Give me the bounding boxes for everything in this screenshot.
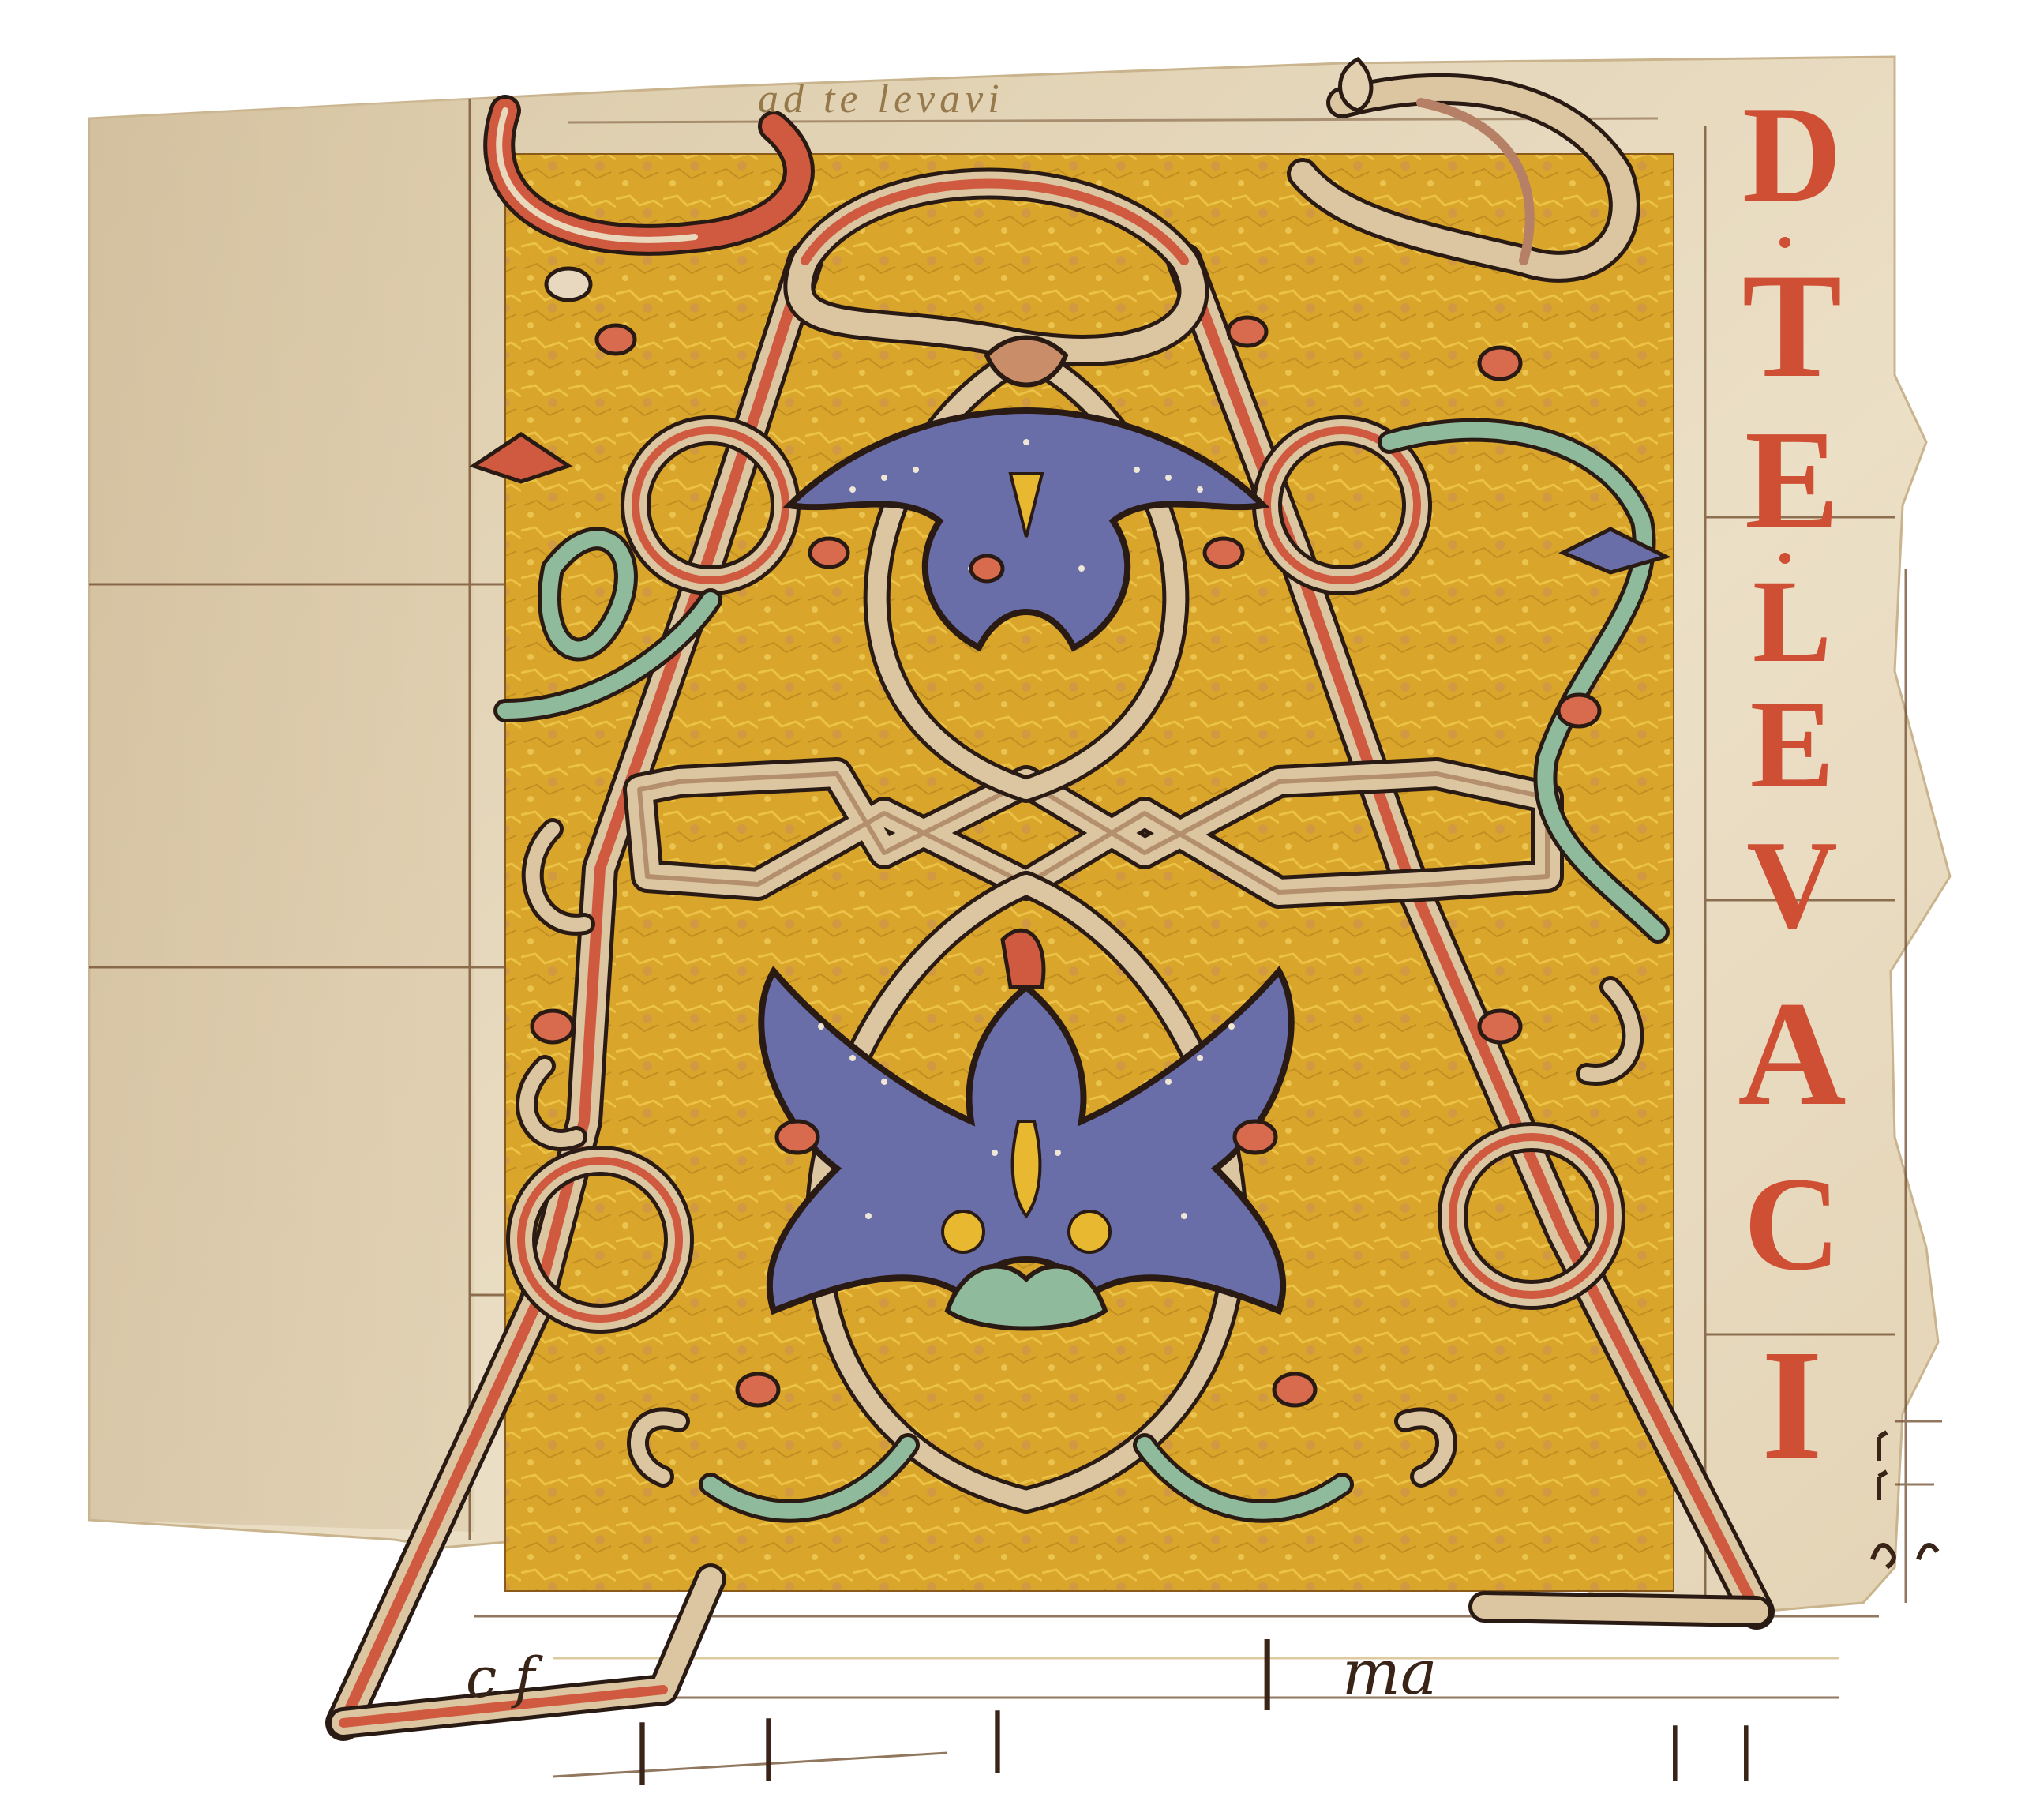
top-text-line: ad te levavi (758, 79, 1004, 120)
rubric-letter-l: L (1705, 562, 1879, 681)
rubric-letter-t: T (1705, 251, 1879, 401)
rubric-letter-e2: E (1705, 681, 1879, 807)
rubric-letter-e1: E (1705, 409, 1879, 551)
rubric-letter-i: I (1705, 1327, 1879, 1484)
rubric-letter-v: V (1705, 821, 1879, 948)
rubric-letter-d: D (1705, 85, 1879, 223)
manuscript-fragment: ad te levavi D T E L E V A C I c f ma | … (0, 0, 2021, 1820)
rubric-letter-a: A (1705, 979, 1879, 1129)
rubric-letter-c: C (1705, 1157, 1879, 1291)
bottom-text-left: c f (466, 1650, 534, 1706)
bottom-text-mid: ma (1342, 1642, 1437, 1704)
